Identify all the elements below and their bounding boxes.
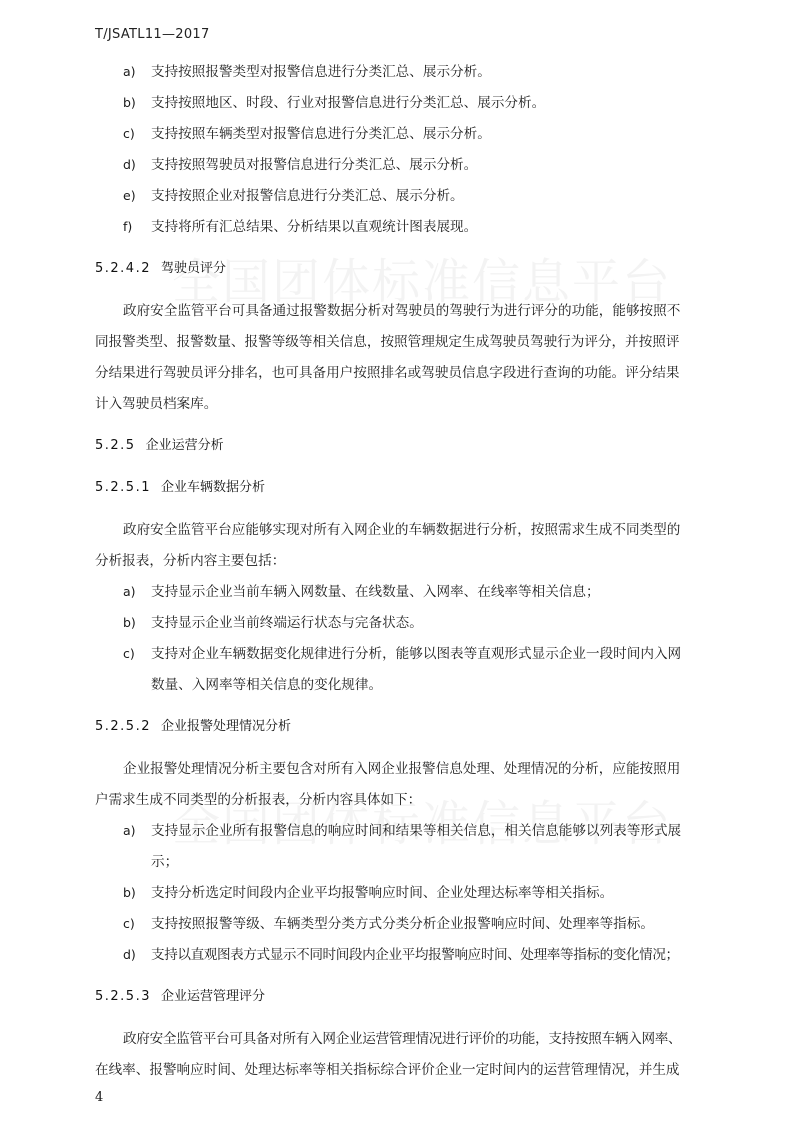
section-title: 企业报警处理情况分析 bbox=[161, 719, 291, 734]
paragraph-line: 分结果进行驾驶员评分排名，也可具备用户按照排名或驾驶员信息字段进行查询的功能。评… bbox=[95, 363, 680, 383]
paragraph-line: 计入驾驶员档案库。 bbox=[95, 394, 217, 414]
list-text: 支持按照驾驶员对报警信息进行分类汇总、展示分析。 bbox=[151, 155, 477, 175]
list-label: f) bbox=[123, 217, 132, 237]
paragraph-line: 政府安全监管平台可具备通过报警数据分析对驾驶员的驾驶行为进行评分的功能，能够按照… bbox=[123, 301, 680, 321]
section-heading-5-2-5: 5.2.5企业运营分析 bbox=[95, 436, 224, 456]
list-label: d) bbox=[123, 945, 136, 965]
section-number: 5.2.5.1 bbox=[95, 480, 151, 495]
list-label: a) bbox=[123, 62, 136, 82]
list-text: 数量、入网率等相关信息的变化规律。 bbox=[151, 675, 382, 695]
list-text: 支持对企业车辆数据变化规律进行分析，能够以图表等直观形式显示企业一段时间内入网 bbox=[151, 644, 681, 664]
page-number: 4 bbox=[95, 1090, 103, 1105]
list-text: 支持显示企业当前终端运行状态与完备状态。 bbox=[151, 613, 423, 633]
section-number: 5.2.5.2 bbox=[95, 719, 151, 734]
section-title: 企业运营管理评分 bbox=[161, 989, 265, 1004]
list-text: 支持以直观图表方式显示不同时间段内企业平均报警响应时间、处理率等指标的变化情况； bbox=[151, 945, 679, 965]
list-text: 支持按照报警等级、车辆类型分类方式分类分析企业报警响应时间、处理率等指标。 bbox=[151, 914, 654, 934]
paragraph-line: 政府安全监管平台应能够实现对所有入网企业的车辆数据进行分析，按照需求生成不同类型… bbox=[123, 520, 680, 540]
list-label: a) bbox=[123, 821, 136, 841]
list-label: c) bbox=[123, 914, 135, 934]
section-title: 企业车辆数据分析 bbox=[161, 480, 265, 495]
list-text: 支持显示企业当前车辆入网数量、在线数量、入网率、在线率等相关信息； bbox=[151, 582, 600, 602]
list-label: a) bbox=[123, 582, 136, 602]
paragraph-line: 分析报表，分析内容主要包括： bbox=[95, 551, 285, 571]
list-text: 支持将所有汇总结果、分析结果以直观统计图表展现。 bbox=[151, 217, 477, 237]
list-text: 支持按照车辆类型对报警信息进行分类汇总、展示分析。 bbox=[151, 124, 491, 144]
standard-code-header: T/JSATL11—2017 bbox=[95, 27, 210, 42]
section-heading-5-2-4-2: 5.2.4.2驾驶员评分 bbox=[95, 259, 226, 279]
list-text: 支持按照地区、时段、行业对报警信息进行分类汇总、展示分析。 bbox=[151, 93, 545, 113]
paragraph-line: 户需求生成不同类型的分析报表，分析内容具体如下： bbox=[95, 790, 421, 810]
section-number: 5.2.4.2 bbox=[95, 261, 151, 276]
list-text: 支持按照报警类型对报警信息进行分类汇总、展示分析。 bbox=[151, 62, 491, 82]
section-heading-5-2-5-1: 5.2.5.1企业车辆数据分析 bbox=[95, 478, 265, 498]
list-label: b) bbox=[123, 883, 136, 903]
list-label: e) bbox=[123, 186, 136, 206]
list-label: b) bbox=[123, 613, 136, 633]
list-text: 支持按照企业对报警信息进行分类汇总、展示分析。 bbox=[151, 186, 464, 206]
list-text: 示； bbox=[151, 852, 178, 872]
section-title: 企业运营分析 bbox=[146, 438, 224, 453]
paragraph-line: 在线率、报警响应时间、处理达标率等相关指标综合评价企业一定时间内的运营管理情况，… bbox=[95, 1060, 680, 1080]
section-heading-5-2-5-2: 5.2.5.2企业报警处理情况分析 bbox=[95, 717, 291, 737]
list-text: 支持分析选定时间段内企业平均报警响应时间、企业处理达标率等相关指标。 bbox=[151, 883, 613, 903]
list-label: c) bbox=[123, 124, 135, 144]
section-heading-5-2-5-3: 5.2.5.3企业运营管理评分 bbox=[95, 987, 265, 1007]
paragraph-line: 企业报警处理情况分析主要包含对所有入网企业报警信息处理、处理情况的分析，应能按照… bbox=[123, 759, 680, 779]
paragraph-line: 同报警类型、报警数量、报警等级等相关信息，按照管理规定生成驾驶员驾驶行为评分，并… bbox=[95, 332, 680, 352]
list-text: 支持显示企业所有报警信息的响应时间和结果等相关信息，相关信息能够以列表等形式展 bbox=[151, 821, 681, 841]
paragraph-line: 政府安全监管平台可具备对所有入网企业运营管理情况进行评价的功能，支持按照车辆入网… bbox=[123, 1029, 681, 1049]
section-title: 驾驶员评分 bbox=[161, 261, 226, 276]
list-label: b) bbox=[123, 93, 136, 113]
section-number: 5.2.5 bbox=[95, 438, 136, 453]
list-label: d) bbox=[123, 155, 136, 175]
document-page: T/JSATL11—2017 全国团体标准信息平台 全国团体标准信息平台 a) … bbox=[0, 0, 794, 1123]
section-number: 5.2.5.3 bbox=[95, 989, 151, 1004]
list-label: c) bbox=[123, 644, 135, 664]
